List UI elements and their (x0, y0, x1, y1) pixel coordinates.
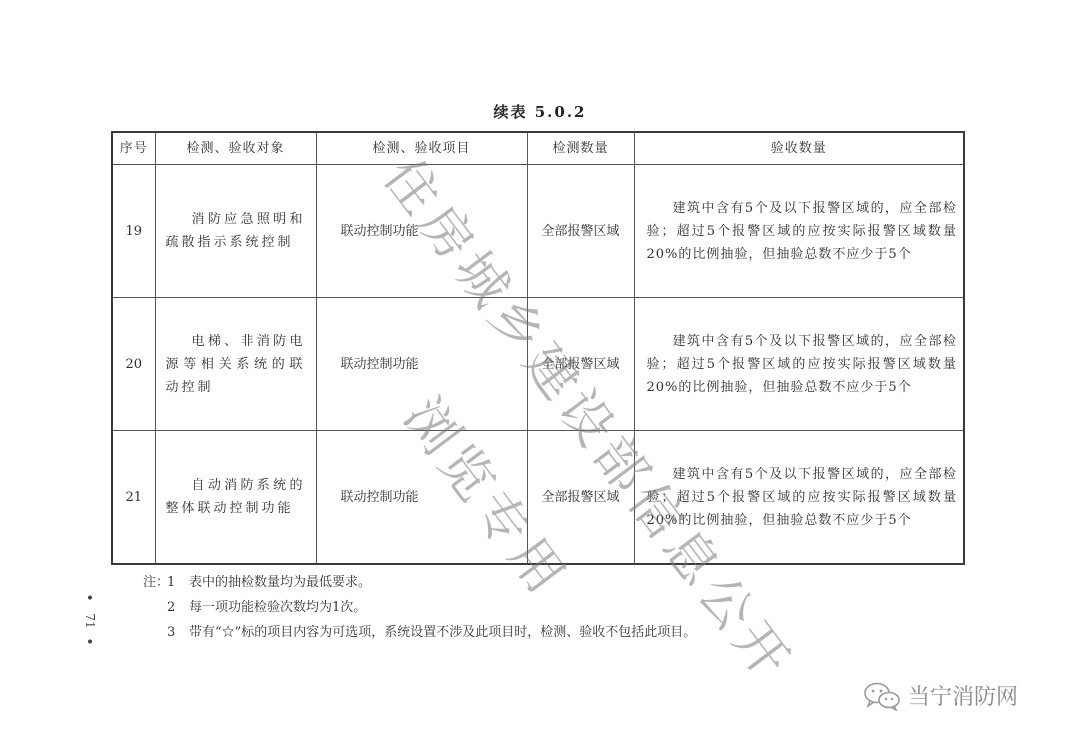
inspection-table: 序号 检测、验收对象 检测、验收项目 检测数量 验收数量 19 消防应急照明和疏… (111, 131, 965, 565)
row-accept-count: 建筑中含有5个及以下报警区域的，应全部检验；超过5个报警区域的应按实际报警区域数… (634, 298, 964, 431)
note-text: 表中的抽检数量均为最低要求。 (189, 570, 371, 595)
row-accept-count: 建筑中含有5个及以下报警区域的，应全部检验；超过5个报警区域的应按实际报警区域数… (634, 165, 964, 298)
note-text: 带有“☆”标的项目内容为可选项，系统设置不涉及此项目时，检测、验收不包括此项目。 (189, 620, 696, 645)
row-accept-text: 建筑中含有5个及以下报警区域的，应全部检验；超过5个报警区域的应按实际报警区域数… (647, 463, 958, 532)
row-item: 联动控制功能 (316, 431, 527, 565)
table-row: 21 自动消防系统的整体联动控制功能 联动控制功能 全部报警区域 建筑中含有5个… (112, 431, 964, 565)
row-item: 联动控制功能 (316, 298, 527, 431)
row-number: 21 (112, 431, 155, 565)
page-number-text: 71 (83, 611, 97, 631)
table-caption: 续表 5.0.2 (0, 101, 1080, 122)
brand-badge: 当宁消防网 (862, 680, 1018, 711)
row-accept-count: 建筑中含有5个及以下报警区域的，应全部检验；超过5个报警区域的应按实际报警区域数… (634, 431, 964, 565)
note-item: 注： 1 表中的抽检数量均为最低要求。 (143, 570, 696, 595)
row-object-text: 电梯、非消防电源等相关系统的联动控制 (166, 330, 306, 399)
page-dot-top: • (80, 592, 100, 606)
header-item: 检测、验收项目 (316, 132, 527, 165)
note-item: 2 每一项功能检验次数均为1次。 (143, 595, 696, 620)
note-number: 2 (167, 595, 189, 620)
note-number: 1 (167, 570, 189, 595)
row-object: 自动消防系统的整体联动控制功能 (155, 431, 316, 565)
table-row: 20 电梯、非消防电源等相关系统的联动控制 联动控制功能 全部报警区域 建筑中含… (112, 298, 964, 431)
wechat-icon (862, 681, 902, 711)
row-object: 消防应急照明和疏散指示系统控制 (155, 165, 316, 298)
row-accept-text: 建筑中含有5个及以下报警区域的，应全部检验；超过5个报警区域的应按实际报警区域数… (647, 197, 958, 266)
page-number: • 71 • (80, 592, 100, 650)
note-number: 3 (167, 620, 189, 645)
header-object: 检测、验收对象 (155, 132, 316, 165)
row-number: 19 (112, 165, 155, 298)
table-notes: 注： 1 表中的抽检数量均为最低要求。 2 每一项功能检验次数均为1次。 3 带… (143, 570, 696, 645)
row-item: 联动控制功能 (316, 165, 527, 298)
row-number: 20 (112, 298, 155, 431)
row-detect-count: 全部报警区域 (527, 165, 634, 298)
table-row: 19 消防应急照明和疏散指示系统控制 联动控制功能 全部报警区域 建筑中含有5个… (112, 165, 964, 298)
header-detect-count: 检测数量 (527, 132, 634, 165)
note-text: 每一项功能检验次数均为1次。 (189, 595, 366, 620)
row-detect-count: 全部报警区域 (527, 298, 634, 431)
table-header-row: 序号 检测、验收对象 检测、验收项目 检测数量 验收数量 (112, 132, 964, 165)
note-indent (143, 620, 167, 645)
header-seq: 序号 (112, 132, 155, 165)
header-accept-count: 验收数量 (634, 132, 964, 165)
row-object: 电梯、非消防电源等相关系统的联动控制 (155, 298, 316, 431)
row-object-text: 消防应急照明和疏散指示系统控制 (166, 208, 306, 254)
brand-name: 当宁消防网 (908, 680, 1018, 711)
page-dot-bottom: • (80, 636, 100, 650)
note-indent (143, 595, 167, 620)
row-accept-text: 建筑中含有5个及以下报警区域的，应全部检验；超过5个报警区域的应按实际报警区域数… (647, 330, 958, 399)
row-detect-count: 全部报警区域 (527, 431, 634, 565)
row-object-text: 自动消防系统的整体联动控制功能 (166, 474, 306, 520)
note-item: 3 带有“☆”标的项目内容为可选项，系统设置不涉及此项目时，检测、验收不包括此项… (143, 620, 696, 645)
notes-label: 注： (143, 570, 167, 595)
